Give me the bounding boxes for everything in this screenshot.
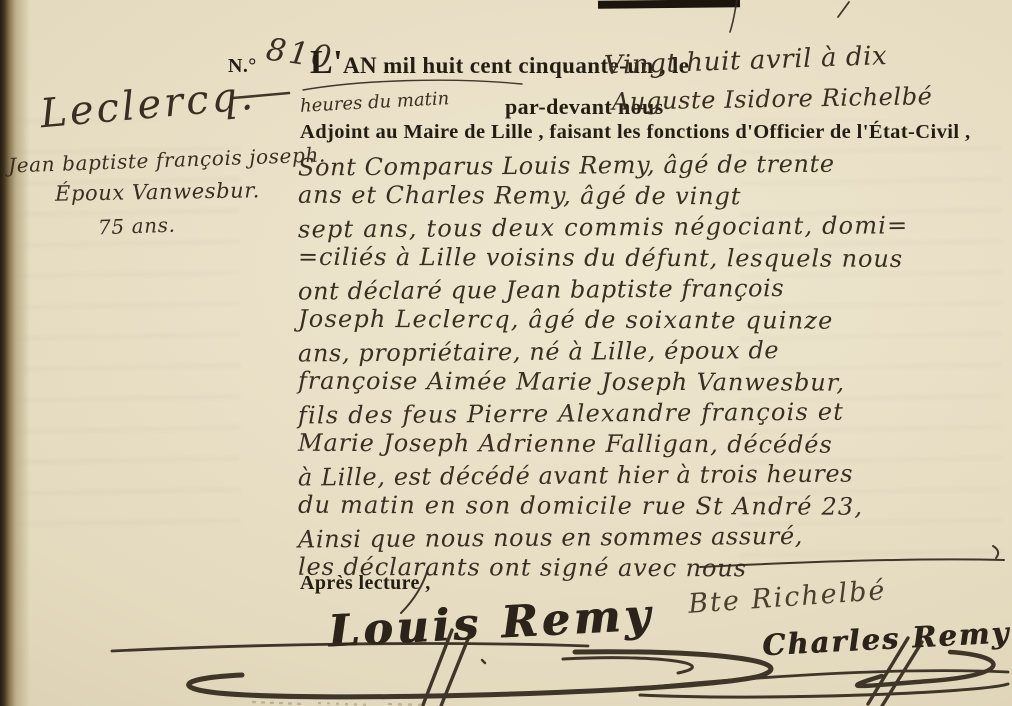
act-line: =ciliés à Lille voisins du défunt, lesqu… xyxy=(298,242,1012,275)
printed-header-officer-title: Adjoint au Maire de Lille , faisant les … xyxy=(300,121,970,144)
margin-note-age: 75 ans. xyxy=(98,213,176,240)
act-body-text: Sont Comparus Louis Remy, âgé de trente … xyxy=(298,150,1012,584)
act-line: Ainsi que nous nous en sommes assuré, xyxy=(298,520,1012,556)
act-line: ans, propriétaire, né à Lille, époux de xyxy=(298,334,1012,370)
book-binding-edge xyxy=(0,0,30,706)
act-line: françoise Aimée Marie Joseph Vanwesbur, xyxy=(298,366,1012,399)
act-line: du matin en son domicile rue St André 23… xyxy=(298,490,1012,523)
handwritten-officer-name: Auguste Isidore Richelbé xyxy=(612,82,933,116)
act-line: Sont Comparus Louis Remy, âgé de trente xyxy=(298,148,1012,184)
margin-note-given-names: Jean baptiste françois joseph. xyxy=(8,142,327,177)
act-line: fils des feus Pierre Alexandre françois … xyxy=(298,396,1012,432)
printed-after-reading: Après lecture , xyxy=(300,572,431,595)
margin-note-spouse: Époux Vanwesbur. xyxy=(55,178,260,206)
act-line: ont déclaré que Jean baptiste françois xyxy=(298,272,1012,308)
margin-note-surname: Leclercq. xyxy=(38,73,257,138)
scan-artifact-bar xyxy=(598,0,740,9)
signature-louis-remy: Louis Remy xyxy=(327,590,655,658)
act-line: Joseph Leclercq, âgé de soixante quinze xyxy=(298,304,1012,337)
signature-charles-remy: Charles Remy fils xyxy=(761,612,1012,663)
handwritten-time: heures du matin xyxy=(300,88,450,117)
act-line: sept ans, tous deux commis négociant, do… xyxy=(298,210,1012,246)
act-line: Marie Joseph Adrienne Falligan, décédés xyxy=(298,428,1012,461)
act-line: à Lille, est décédé avant hier à trois h… xyxy=(298,458,1012,494)
death-register-page: N.°810 Leclercq. Jean baptiste françois … xyxy=(0,0,1012,706)
act-line: ans et Charles Remy, âgé de vingt xyxy=(298,180,1012,213)
